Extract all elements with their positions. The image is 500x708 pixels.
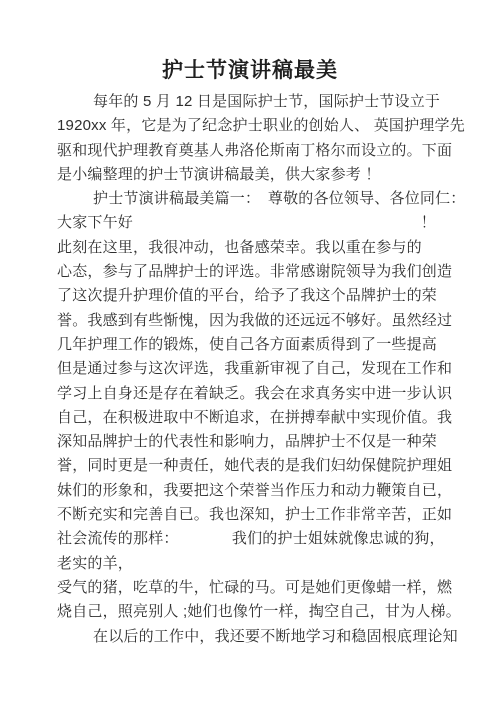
text-line: 了这次提升护理价值的平台，给予了我这个品牌护士的荣 [57,284,447,308]
text-line: 妹们的形象和，我要把这个荣誉当作压力和动力鞭策自已， [57,479,447,503]
text-line: 护士节演讲稿最美篇一： 尊敬的各位领导、各位同仁： [57,187,447,211]
text-line: 自己，在积极进取中不断追求，在拼搏奉献中实现价值。我 [57,406,447,430]
line-left: 大家下午好 [57,211,133,235]
text-line: 几年护理工作的锻炼，使自己各方面素质得到了一些提高 [57,333,447,357]
document-body: 每年的 5 月 12 日是国际护士节，国际护士节设立于1920xx 年，它是为了… [57,90,447,649]
line-right: ！ [421,211,447,235]
text-line: 大家下午好！ [57,211,447,235]
document-page: 护士节演讲稿最美 每年的 5 月 12 日是国际护士节，国际护士节设立于1920… [0,0,500,708]
text-line: 学习上自身还是存在着缺乏。我会在求真务实中进一步认识 [57,382,447,406]
text-line: 是小编整理的护士节演讲稿最美，供大家参考 ！ [57,163,447,187]
text-line: 老实的羊， [57,552,447,576]
text-line: 誉。我感到有些惭愧，因为我做的还远远不够好。虽然经过 [57,309,447,333]
text-line: 此刻在这里，我很冲动，也备感荣幸。我以重在参与的 [57,236,447,260]
text-line: 社会流传的那样： 我们的护士姐妹就像忠诚的狗， [57,527,447,551]
document-title: 护士节演讲稿最美 [0,56,500,86]
text-line: 烧自己，照亮别人 ;她们也像竹一样，掏空自己，甘为人梯。 [57,600,447,624]
text-line: 但是通过参与这次评选，我重新审视了自己，发现在工作和 [57,357,447,381]
text-line: 誉，同时更是一种责任，她代表的是我们妇幼保健院护理姐 [57,454,447,478]
text-line: 受气的猪，吃草的牛，忙碌的马。可是她们更像蜡一样，燃 [57,576,447,600]
text-line: 每年的 5 月 12 日是国际护士节，国际护士节设立于 [57,90,447,114]
text-line: 深知品牌护士的代表性和影响力，品牌护士不仅是一种荣 [57,430,447,454]
text-line: 心态，参与了品牌护士的评选。非常感谢院领导为我们创造 [57,260,447,284]
text-line: 1920xx 年，它是为了纪念护士职业的创始人、 英国护理学先 [57,114,447,138]
text-line: 驱和现代护理教育奠基人弗洛伦斯南丁格尔而设立的。下面 [57,139,447,163]
text-line: 不断充实和完善自已。我也深知，护士工作非常辛苦，正如 [57,503,447,527]
text-line: 在以后的工作中，我还要不断地学习和稳固根底理论知 [57,625,447,649]
